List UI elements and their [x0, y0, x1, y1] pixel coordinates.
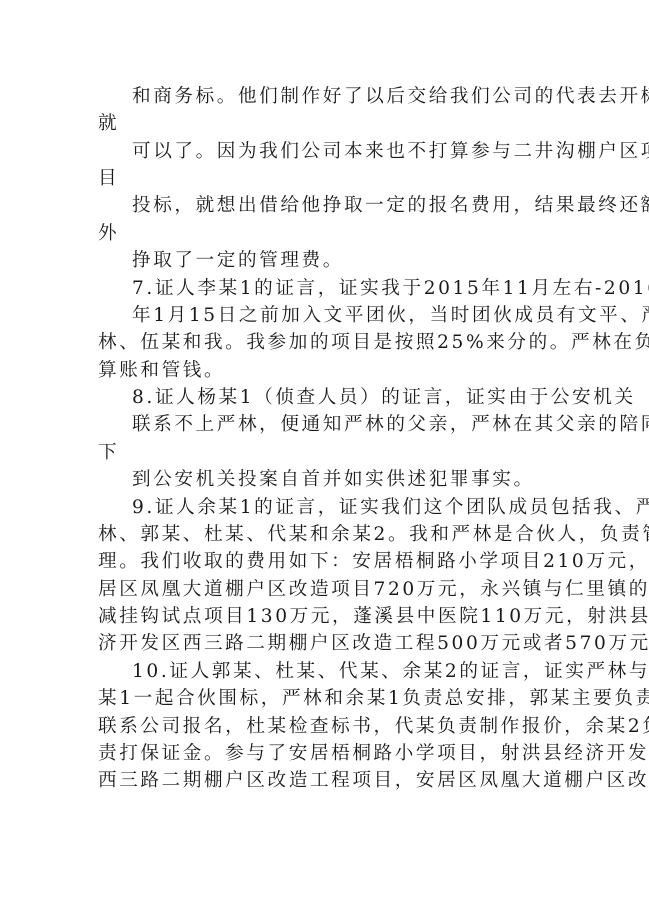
text-line: 8.证人杨某1（侦查人员）的证言，证实由于公安机关: [132, 384, 546, 411]
text-line: 可以了。因为我们公司本来也不打算参与二井沟棚户区项: [132, 138, 546, 165]
text-line: 和商务标。他们制作好了以后交给我们公司的代表去开标: [132, 83, 546, 110]
text-line: 林、郭某、杜某、代某和余某2。我和严林是合伙人，负责管: [98, 521, 546, 548]
text-line: 9.证人余某1的证言，证实我们这个团队成员包括我、严: [132, 494, 546, 521]
text-line: 林、伍某和我。我参加的项目是按照25%来分的。严林在负责: [98, 329, 546, 356]
text-line: 外: [98, 220, 546, 247]
text-line: 就: [98, 110, 546, 137]
text-line: 联系不上严林，便通知严林的父亲，严林在其父亲的陪同: [132, 411, 546, 438]
text-line: 算账和管钱。: [98, 357, 546, 384]
text-line: 联系公司报名，杜某检查标书，代某负责制作报价，余某2负: [98, 713, 546, 740]
document-page: 和商务标。他们制作好了以后交给我们公司的代表去开标 就 可以了。因为我们公司本来…: [0, 0, 649, 918]
text-line: 责打保证金。参与了安居梧桐路小学项目，射洪县经济开发区: [98, 740, 546, 767]
text-line: 济开发区西三路二期棚户区改造工程500万元或者570万元。: [98, 630, 546, 657]
text-line: 居区凤凰大道棚户区改造项目720万元，永兴镇与仁里镇的增: [98, 576, 546, 603]
text-line: 年1月15日之前加入文平团伙，当时团伙成员有文平、严: [132, 302, 546, 329]
text-line: 减挂钩试点项目130万元，蓬溪县中医院110万元，射洪县经: [98, 603, 546, 630]
text-line: 目: [98, 165, 546, 192]
text-line: 投标，就想出借给他挣取一定的报名费用，结果最终还额: [132, 192, 546, 219]
text-line: 7.证人李某1的证言，证实我于2015年11月左右-2016: [132, 275, 546, 302]
text-line: 挣取了一定的管理费。: [132, 247, 546, 274]
text-line: 理。我们收取的费用如下：安居梧桐路小学项目210万元，安: [98, 548, 546, 575]
text-line: 西三路二期棚户区改造工程项目，安居区凤凰大道棚户区改造: [98, 767, 546, 794]
text-line: 某1一起合伙围标，严林和余某1负责总安排，郭某主要负责: [98, 685, 546, 712]
text-line: 下: [98, 439, 546, 466]
text-line: 到公安机关投案自首并如实供述犯罪事实。: [132, 466, 546, 493]
text-line: 10.证人郭某、杜某、代某、余某2的证言，证实严林与余: [132, 658, 546, 685]
